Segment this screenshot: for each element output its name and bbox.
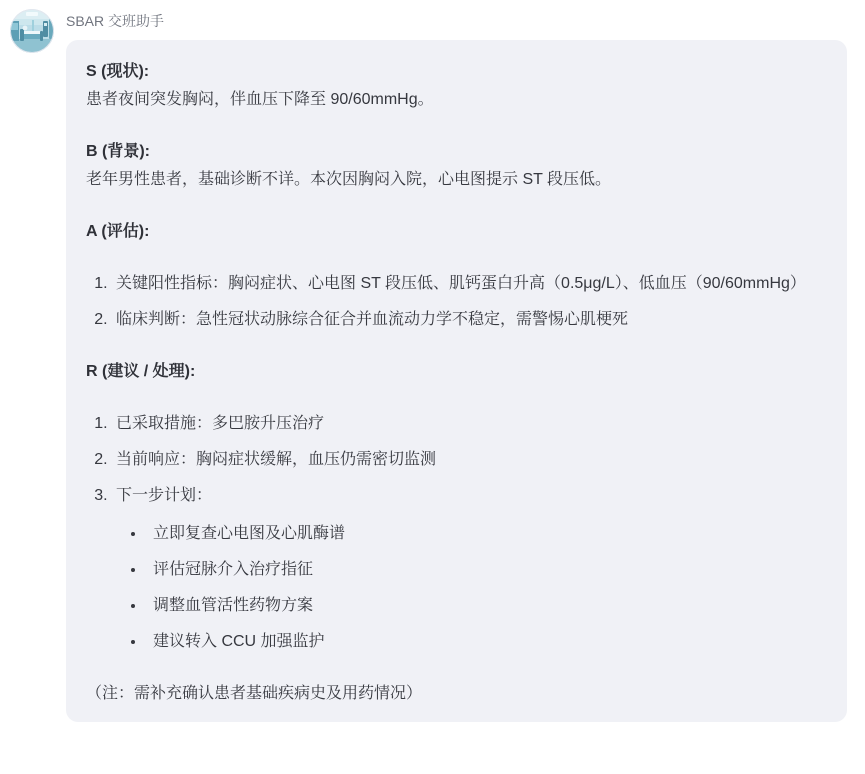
next-steps-list: 立即复查心电图及心肌酶谱 评估冠脉介入治疗指征 调整血管活性药物方案 建议转入 … <box>116 520 823 656</box>
recommendation-item-label: 下一步计划： <box>116 487 212 504</box>
next-step-item: 建议转入 CCU 加强监护 <box>146 628 823 656</box>
message-bubble: S (现状): 患者夜间突发胸闷，伴血压下降至 90/60mmHg。 B (背景… <box>66 40 847 722</box>
background-paragraph: B (背景): 老年男性患者，基础诊断不详。本次因胸闷入院，心电图提示 ST 段… <box>86 138 823 194</box>
assistant-name-label: SBAR 交班助手 <box>66 11 847 31</box>
background-heading: B (背景): <box>86 143 150 160</box>
recommendation-list: 已采取措施：多巴胺升压治疗 当前响应：胸闷症状缓解，血压仍需密切监测 下一步计划… <box>86 410 823 656</box>
background-body: 老年男性患者，基础诊断不详。本次因胸闷入院，心电图提示 ST 段压低。 <box>86 171 611 188</box>
assessment-heading-paragraph: A (评估): <box>86 218 823 246</box>
message-content-column: SBAR 交班助手 S (现状): 患者夜间突发胸闷，伴血压下降至 90/60m… <box>66 8 847 722</box>
note-paragraph: （注：需补充确认患者基础疾病史及用药情况） <box>86 680 823 708</box>
recommendation-heading: R (建议 / 处理): <box>86 363 195 380</box>
chat-page: SBAR 交班助手 S (现状): 患者夜间突发胸闷，伴血压下降至 90/60m… <box>0 0 865 774</box>
next-step-item: 调整血管活性药物方案 <box>146 592 823 620</box>
recommendation-item: 已采取措施：多巴胺升压治疗 <box>112 410 823 438</box>
assessment-item: 临床判断：急性冠状动脉综合征合并血流动力学不稳定，需警惕心肌梗死 <box>112 306 823 334</box>
assistant-message: SBAR 交班助手 S (现状): 患者夜间突发胸闷，伴血压下降至 90/60m… <box>0 0 865 722</box>
recommendation-item: 当前响应：胸闷症状缓解，血压仍需密切监测 <box>112 446 823 474</box>
recommendation-item: 下一步计划： 立即复查心电图及心肌酶谱 评估冠脉介入治疗指征 调整血管活性药物方… <box>112 482 823 656</box>
next-step-item: 立即复查心电图及心肌酶谱 <box>146 520 823 548</box>
situation-paragraph: S (现状): 患者夜间突发胸闷，伴血压下降至 90/60mmHg。 <box>86 58 823 114</box>
assistant-avatar <box>10 9 54 53</box>
assessment-list: 关键阳性指标：胸闷症状、心电图 ST 段压低、肌钙蛋白升高（0.5μg/L）、低… <box>86 270 823 334</box>
situation-heading: S (现状): <box>86 63 149 80</box>
hospital-ward-icon <box>10 9 54 53</box>
situation-body: 患者夜间突发胸闷，伴血压下降至 90/60mmHg。 <box>86 91 434 108</box>
next-step-item: 评估冠脉介入治疗指征 <box>146 556 823 584</box>
recommendation-heading-paragraph: R (建议 / 处理): <box>86 358 823 386</box>
assessment-heading: A (评估): <box>86 223 149 240</box>
assessment-item: 关键阳性指标：胸闷症状、心电图 ST 段压低、肌钙蛋白升高（0.5μg/L）、低… <box>112 270 823 298</box>
